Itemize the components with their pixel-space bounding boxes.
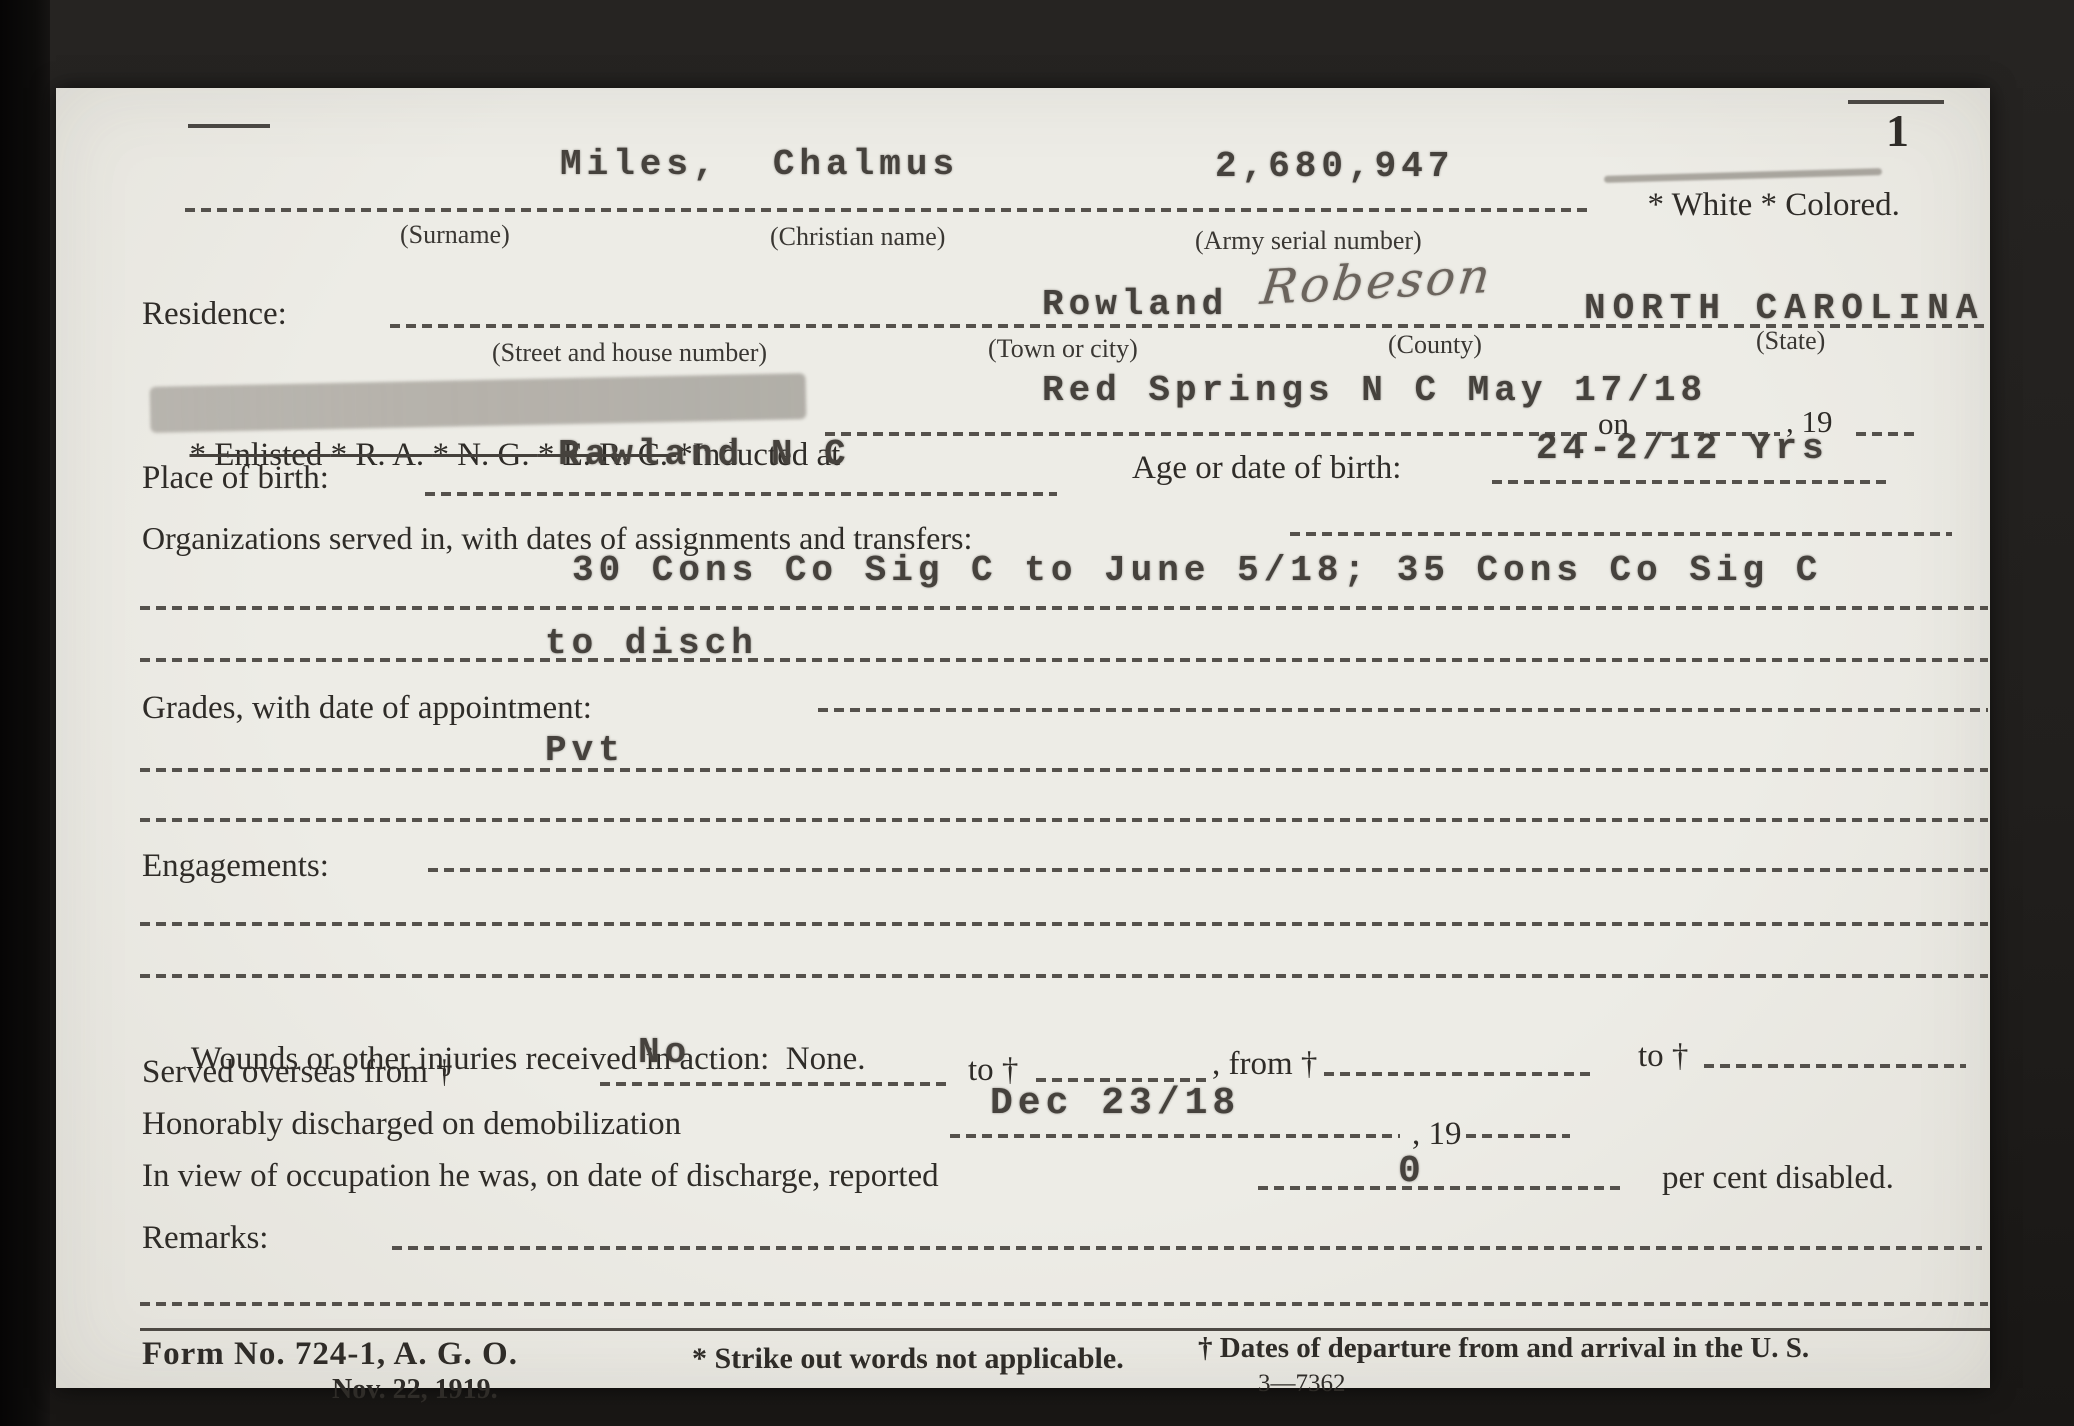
town-caption: (Town or city) <box>988 334 1138 364</box>
discharge-value: Dec 23/18 <box>990 1082 1240 1125</box>
residence-county-value: Robeson <box>1258 248 1496 316</box>
overseas-to2-label: to † <box>1638 1038 1688 1075</box>
blank-line-4 <box>140 1302 1988 1306</box>
induction-year-line <box>1856 432 1918 436</box>
inducted-line <box>825 432 1591 436</box>
engagements-label: Engagements: <box>142 848 329 885</box>
birth-label: Place of birth: <box>142 460 329 497</box>
county-caption: (County) <box>1388 330 1482 360</box>
top-left-mark <box>188 124 270 128</box>
footer-rule <box>140 1328 1990 1331</box>
scan-border-left <box>0 0 50 1426</box>
christian-caption: (Christian name) <box>770 222 945 252</box>
organizations-line-2 <box>140 658 1988 662</box>
white-option: * White <box>1648 187 1753 223</box>
discharge-line <box>950 1134 1400 1138</box>
organizations-value-1: 30 Cons Co Sig C to June 5/18; 35 Cons C… <box>572 550 1822 591</box>
scanned-page: 1 Miles, Chalmus 2,680,947 * White * Col… <box>0 0 2074 1426</box>
street-caption: (Street and house number) <box>492 338 767 368</box>
overseas-from2-label: , from † <box>1212 1046 1317 1083</box>
footer-form-number: Form No. 724-1, A. G. O. <box>142 1336 518 1373</box>
organizations-line-1 <box>140 606 1988 610</box>
wounds-spacer <box>769 1041 786 1077</box>
age-value: 24-2/12 Yrs <box>1536 428 1829 469</box>
overseas-line-3 <box>1324 1072 1590 1076</box>
discharge-year-label: , 19 <box>1412 1116 1462 1153</box>
engagements-line-0 <box>428 868 1988 872</box>
name-value: Miles, Chalmus <box>560 144 959 185</box>
age-line <box>1492 480 1892 484</box>
age-label: Age or date of birth: <box>1132 450 1401 487</box>
footer-form-date: Nov. 22, 1919. <box>332 1374 498 1406</box>
grades-line-0 <box>818 708 1988 712</box>
footer-dagger-note: † Dates of departure from and arrival in… <box>1198 1332 1809 1365</box>
inducted-value: Red Springs N C May 17/18 <box>1042 370 1707 411</box>
overseas-value: No <box>638 1032 691 1073</box>
disability-suffix-label: per cent disabled. <box>1662 1160 1894 1197</box>
ng-option: * N. G. <box>432 437 537 473</box>
grades-line-1 <box>140 768 1988 772</box>
remarks-label: Remarks: <box>142 1220 268 1257</box>
race-options: * White * Colored. <box>1598 150 1900 261</box>
wounds-value: None. <box>786 1041 866 1077</box>
state-caption: (State) <box>1756 326 1825 356</box>
residence-town-value: Rowland <box>1042 284 1228 325</box>
overseas-label: Served overseas from † <box>142 1054 453 1091</box>
name-line <box>185 208 1593 212</box>
residence-state-value: NORTH CAROLINA <box>1584 288 1984 329</box>
blank-line-2 <box>140 922 1988 926</box>
grades-value: Pvt <box>545 730 625 771</box>
ra-option: * R. A. <box>331 437 433 473</box>
race-separator <box>1752 187 1760 223</box>
remarks-line <box>392 1246 1982 1250</box>
disability-line <box>1258 1186 1626 1190</box>
disability-label: In view of occupation he was, on date of… <box>142 1158 939 1195</box>
blank-line-3 <box>140 974 1988 978</box>
discharge-label: Honorably discharged on demobilization <box>142 1106 681 1143</box>
grades-label: Grades, with date of appointment: <box>142 690 592 727</box>
overseas-line-4 <box>1704 1064 1966 1068</box>
serial-caption: (Army serial number) <box>1195 226 1422 256</box>
residence-label: Residence: <box>142 296 287 333</box>
footer-print-code: 3—7362 <box>1258 1370 1346 1398</box>
birth-value: Rawland N C <box>558 434 851 475</box>
service-record-card: 1 Miles, Chalmus 2,680,947 * White * Col… <box>56 88 1990 1388</box>
surname-caption: (Surname) <box>400 220 510 250</box>
overseas-line-1 <box>600 1082 950 1086</box>
birth-line <box>425 492 1057 496</box>
footer-strike-note: * Strike out words not applicable. <box>692 1342 1124 1376</box>
blank-line-1 <box>140 818 1988 822</box>
discharge-year-line <box>1466 1134 1570 1138</box>
residence-line <box>390 324 1986 328</box>
serial-value: 2,680,947 <box>1215 146 1454 187</box>
organizations-line-0 <box>1290 532 1952 536</box>
colored-option: * Colored. <box>1761 187 1900 223</box>
